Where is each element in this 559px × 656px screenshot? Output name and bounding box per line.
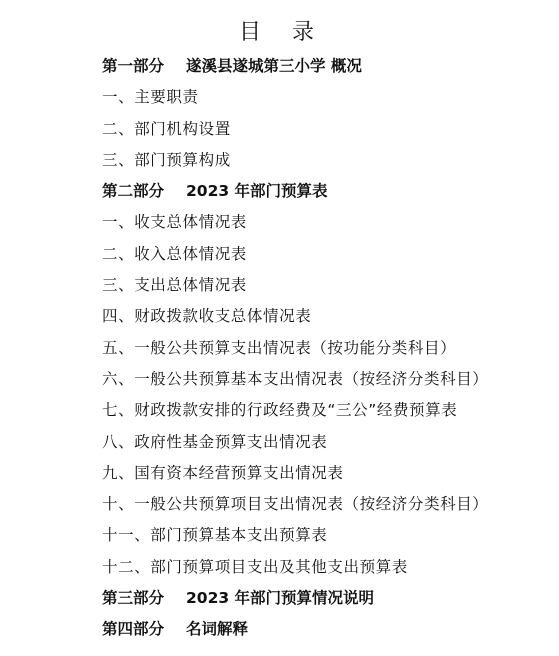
toc-item: 一、主要职责: [102, 85, 488, 116]
toc-part-2: 第二部分2023 年部门预算表: [102, 179, 488, 210]
toc-item: 五、一般公共预算支出情况表（按功能分类科目）: [102, 336, 488, 367]
toc-item: 十一、部门预算基本支出预算表: [102, 523, 488, 554]
toc-item: 七、财政拨款安排的行政经费及“三公”经费预算表: [102, 398, 488, 429]
toc-item: 八、政府性基金预算支出情况表: [102, 430, 488, 461]
part-title: 2023 年部门预算表: [186, 182, 328, 200]
toc-item: 十二、部门预算项目支出及其他支出预算表: [102, 555, 488, 586]
toc-part-3: 第三部分2023 年部门预算情况说明: [102, 586, 488, 617]
toc-item: 一、收支总体情况表: [102, 210, 488, 241]
part-number: 第四部分: [102, 620, 164, 638]
toc-item: 三、部门预算构成: [102, 148, 488, 179]
part-title: 遂溪县遂城第三小学 概况: [186, 57, 362, 75]
toc-item: 六、一般公共预算基本支出情况表（按经济分类科目）: [102, 367, 488, 398]
toc-item: 三、支出总体情况表: [102, 273, 488, 304]
part-number: 第二部分: [102, 182, 164, 200]
table-of-contents: 第一部分遂溪县遂城第三小学 概况 一、主要职责 二、部门机构设置 三、部门预算构…: [102, 54, 488, 649]
part-number: 第三部分: [102, 589, 164, 607]
toc-part-4: 第四部分名词解释: [102, 617, 488, 648]
toc-item: 十、一般公共预算项目支出情况表（按经济分类科目）: [102, 492, 488, 523]
toc-item: 二、部门机构设置: [102, 117, 488, 148]
part-number: 第一部分: [102, 57, 164, 75]
toc-item: 四、财政拨款收支总体情况表: [102, 304, 488, 335]
toc-item: 九、国有资本经营预算支出情况表: [102, 461, 488, 492]
part-title: 名词解释: [186, 620, 248, 638]
page-title: 目 录: [0, 18, 559, 48]
toc-part-1: 第一部分遂溪县遂城第三小学 概况: [102, 54, 488, 85]
part-title: 2023 年部门预算情况说明: [186, 589, 374, 607]
toc-item: 二、收入总体情况表: [102, 242, 488, 273]
